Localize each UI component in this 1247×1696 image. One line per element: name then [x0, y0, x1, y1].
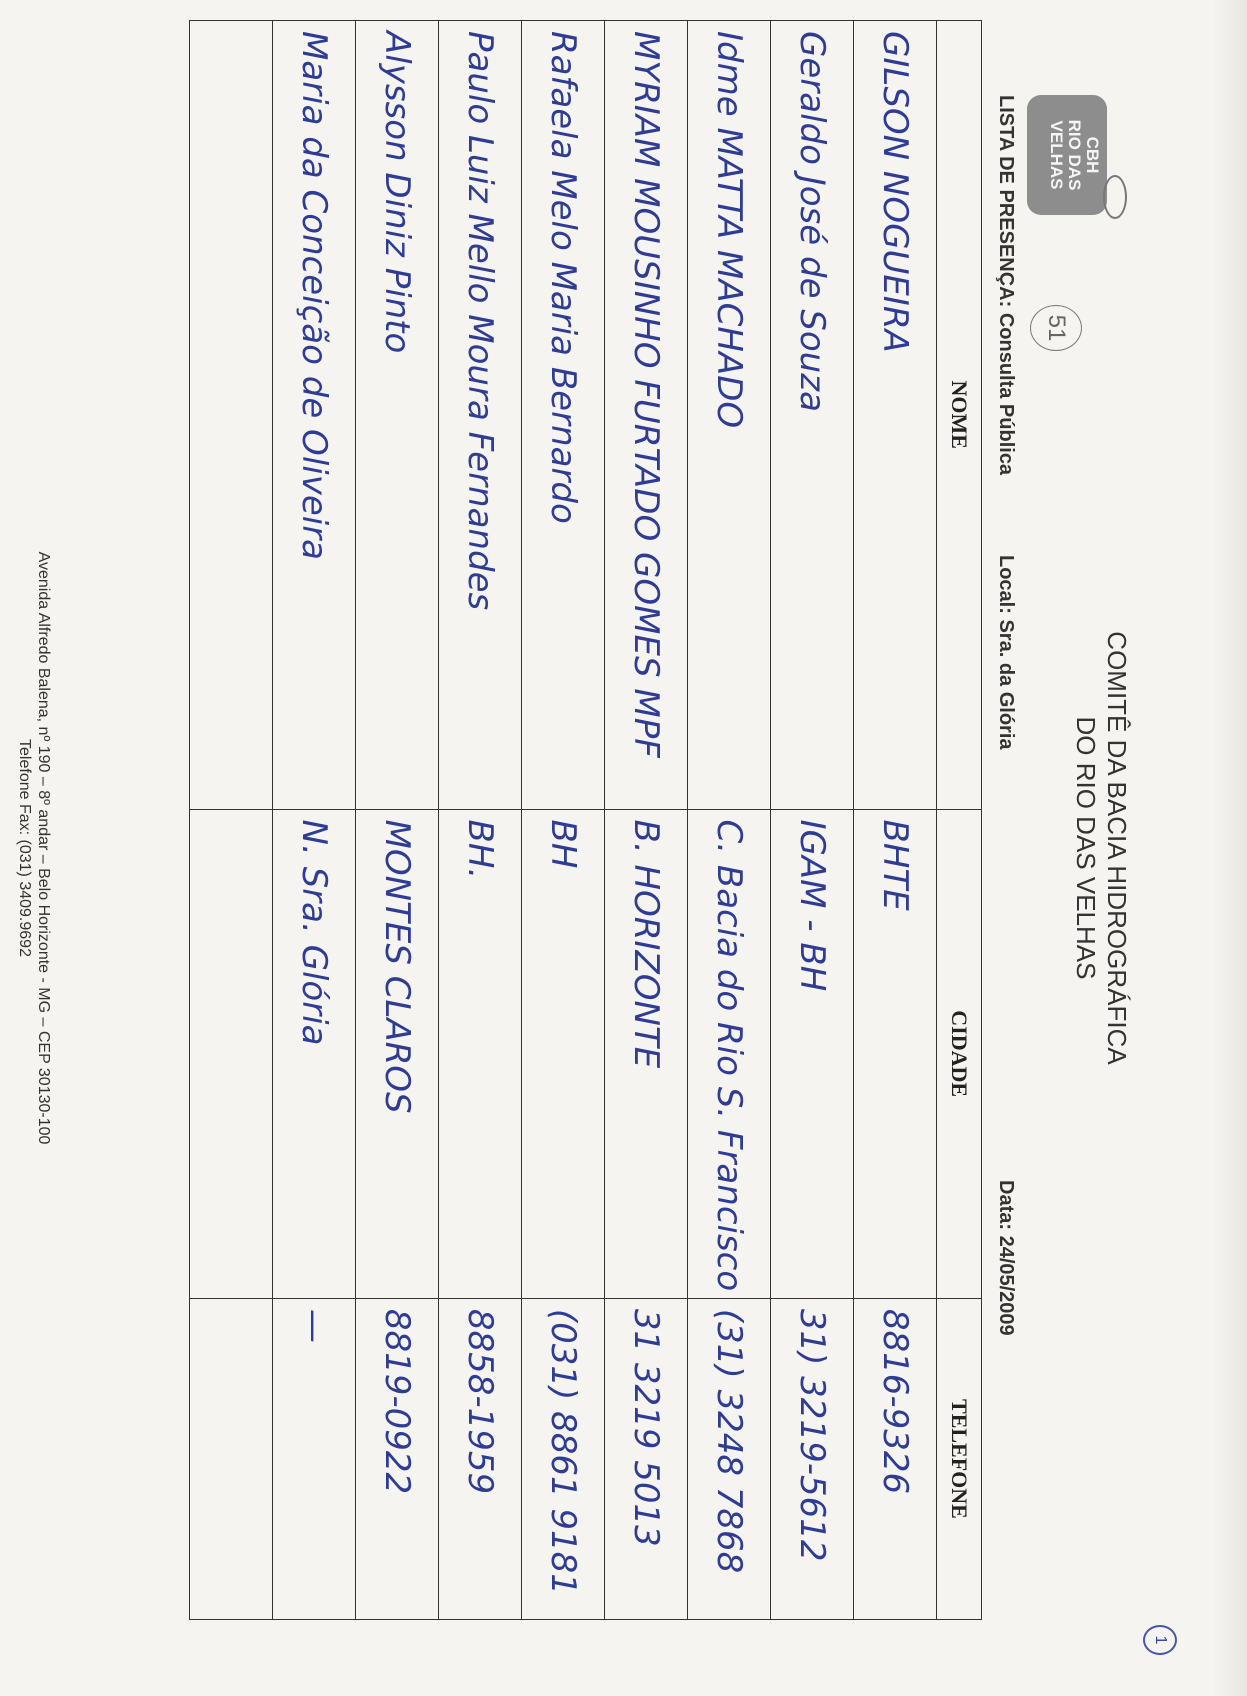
table-row: MYRIAM MOUSINHO FURTADO GOMES MPFB. HORI… — [605, 21, 688, 1620]
cell-cidade — [190, 809, 273, 1298]
sheet-number-mark: 1 — [1143, 1625, 1177, 1655]
cell-cidade: C. Bacia do Rio S. Francisco — [688, 809, 771, 1298]
cell-cidade: N. Sra. Glória — [273, 809, 356, 1298]
list-value: Consulta Pública — [995, 313, 1017, 475]
cell-nome: Maria da Conceição de Oliveira — [273, 21, 356, 810]
cell-telefone: (031) 8861 9181 — [522, 1298, 605, 1619]
attendance-sheet: CBH RIO DAS VELHAS 51 1 COMITÊ DA BACIA … — [0, 0, 1247, 1696]
cell-telefone: 8819-0922 — [356, 1298, 439, 1619]
cell-nome: Rafaela Melo Maria Bernardo — [522, 21, 605, 810]
cell-telefone: 31 3219 5013 — [605, 1298, 688, 1619]
cell-cidade: BH — [522, 809, 605, 1298]
cell-cidade: BHTE — [854, 809, 937, 1298]
cell-telefone: — — [273, 1298, 356, 1619]
column-header-cidade: CIDADE — [937, 809, 982, 1298]
cell-cidade: BH. — [439, 809, 522, 1298]
local-label: Local: — [995, 555, 1017, 614]
cell-nome: Geraldo José de Souza — [771, 21, 854, 810]
list-label: LISTA DE PRESENÇA: — [995, 95, 1017, 307]
cell-cidade: IGAM - BH — [771, 809, 854, 1298]
table-row: Alysson Diniz PintoMONTES CLAROS8819-092… — [356, 21, 439, 1620]
date-value: 24/05/2009 — [995, 1236, 1017, 1336]
local-info: Local: Sra. da Glória — [994, 555, 1017, 750]
table-header-row: NOME CIDADE TELEFONE — [937, 21, 982, 1620]
column-header-nome: NOME — [937, 21, 982, 810]
date-info: Data: 24/05/2009 — [994, 1180, 1017, 1336]
cell-nome: GILSON NOGUEIRA — [854, 21, 937, 810]
cell-nome — [190, 21, 273, 810]
list-heading: LISTA DE PRESENÇA: Consulta Pública — [994, 95, 1017, 475]
scanned-page: CBH RIO DAS VELHAS 51 1 COMITÊ DA BACIA … — [0, 0, 1247, 1696]
cell-nome: Paulo Luiz Mello Moura Fernandes — [439, 21, 522, 810]
org-title-line2: DO RIO DAS VELHAS — [1071, 0, 1101, 1696]
table-row: Rafaela Melo Maria BernardoBH(031) 8861 … — [522, 21, 605, 1620]
footer-address: Avenida Alfredo Balena, nº 190 – 8º anda… — [34, 0, 52, 1696]
cell-cidade: B. HORIZONTE — [605, 809, 688, 1298]
cell-nome: Idme MATTA MACHADO — [688, 21, 771, 810]
cell-telefone: 31) 3219-5612 — [771, 1298, 854, 1619]
attendance-table: NOME CIDADE TELEFONE GILSON NOGUEIRABHTE… — [189, 20, 982, 1620]
cell-telefone: 8858-1959 — [439, 1298, 522, 1619]
table-row: Paulo Luiz Mello Moura FernandesBH.8858-… — [439, 21, 522, 1620]
cell-nome: Alysson Diniz Pinto — [356, 21, 439, 810]
table-row: GILSON NOGUEIRABHTE8816-9326 — [854, 21, 937, 1620]
cell-telefone — [190, 1298, 273, 1619]
page-edge-shadow — [1212, 0, 1247, 1696]
table-row: Idme MATTA MACHADOC. Bacia do Rio S. Fra… — [688, 21, 771, 1620]
cell-telefone: (31) 3248 7868 — [688, 1298, 771, 1619]
footer-phone: Telefone Fax: (031) 3409.9692 — [15, 0, 33, 1696]
table-row: Maria da Conceição de OliveiraN. Sra. Gl… — [273, 21, 356, 1620]
local-value: Sra. da Glória — [995, 619, 1017, 749]
table-row: Geraldo José de SouzaIGAM - BH31) 3219-5… — [771, 21, 854, 1620]
cell-nome: MYRIAM MOUSINHO FURTADO GOMES MPF — [605, 21, 688, 810]
cell-telefone: 8816-9326 — [854, 1298, 937, 1619]
logo-line-3: VELHAS — [1047, 95, 1065, 215]
org-title-line1: COMITÊ DA BACIA HIDROGRÁFICA — [1102, 0, 1132, 1696]
column-header-telefone: TELEFONE — [937, 1298, 982, 1619]
date-label: Data: — [995, 1180, 1017, 1230]
cell-cidade: MONTES CLAROS — [356, 809, 439, 1298]
table-row — [190, 21, 273, 1620]
